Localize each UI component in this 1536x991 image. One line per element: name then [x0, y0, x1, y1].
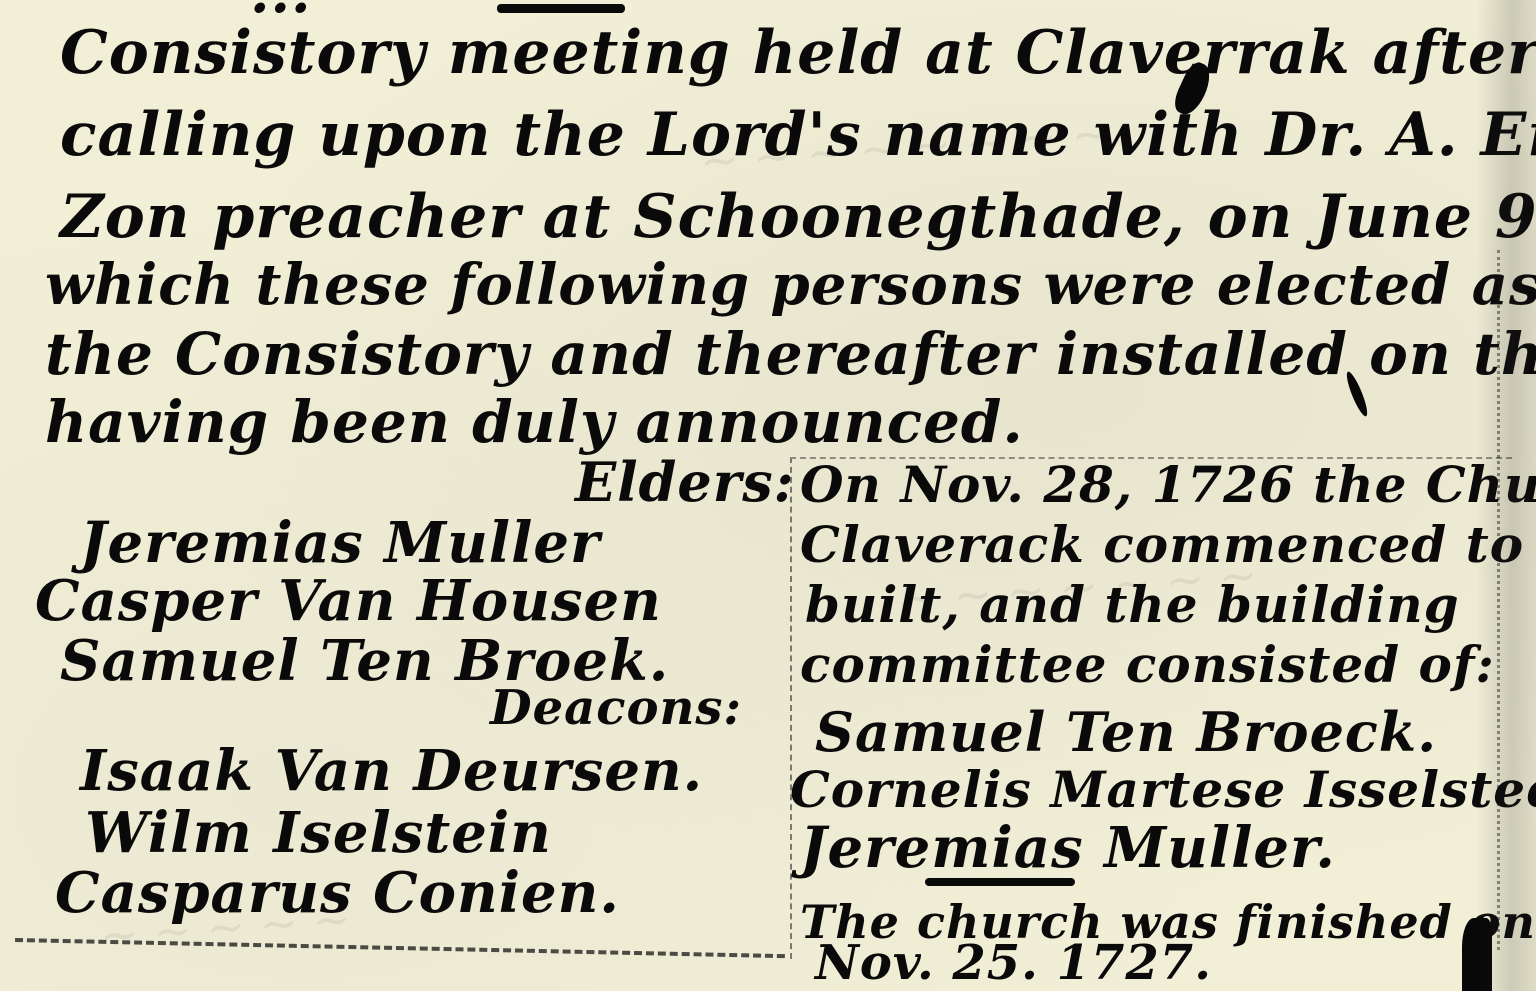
committee-member: Jeremias Muller.: [800, 815, 1336, 881]
side-note-line: committee consisted of:: [800, 635, 1495, 694]
elders-heading: Elders:: [575, 450, 795, 514]
elder-name: Jeremias Muller: [80, 510, 600, 576]
side-note-line: Claverack commenced to be: [800, 515, 1536, 574]
paragraph-line-5: the Consistory and thereafter installed …: [45, 320, 1536, 388]
deacons-heading: Deacons:: [490, 680, 742, 736]
deacon-name: Isaak Van Deursen.: [80, 738, 703, 804]
side-note-line: built, and the building: [805, 575, 1460, 634]
closing-line: Nov. 25. 1727.: [815, 935, 1212, 991]
page-edge-speckle: [1497, 250, 1514, 950]
side-note-divider: [925, 878, 1075, 886]
paragraph-line-2: calling upon the Lord's name with Dr. A.…: [60, 100, 1536, 170]
deacon-name: Casparus Conien.: [55, 860, 620, 926]
manuscript-page: ~ ~ ~ ~ ~ ~ ~ ~ ~ ~ ~ ~ ~ ~ ~ ~ ~ ~ ~ ~ …: [0, 0, 1536, 991]
committee-member: Samuel Ten Broeck.: [815, 700, 1437, 764]
bottom-torn-edge: [15, 938, 785, 962]
paragraph-line-4: which these following persons were elect…: [45, 252, 1536, 318]
paragraph-line-6: having been duly announced.: [45, 388, 1024, 456]
side-note-line: On Nov. 28, 1726 the Church at: [800, 455, 1536, 514]
paragraph-line-1: Consistory meeting held at Claverrak aft…: [60, 18, 1536, 88]
top-underline-rule: [497, 4, 625, 13]
paragraph-line-3: Zon preacher at Schoonegthade, on June 9…: [60, 182, 1536, 252]
committee-member: Cornelis Martese Isselsteen.: [790, 760, 1536, 819]
deacon-name: Wilm Iselstein: [85, 800, 552, 866]
elder-name: Casper Van Housen: [35, 568, 662, 634]
